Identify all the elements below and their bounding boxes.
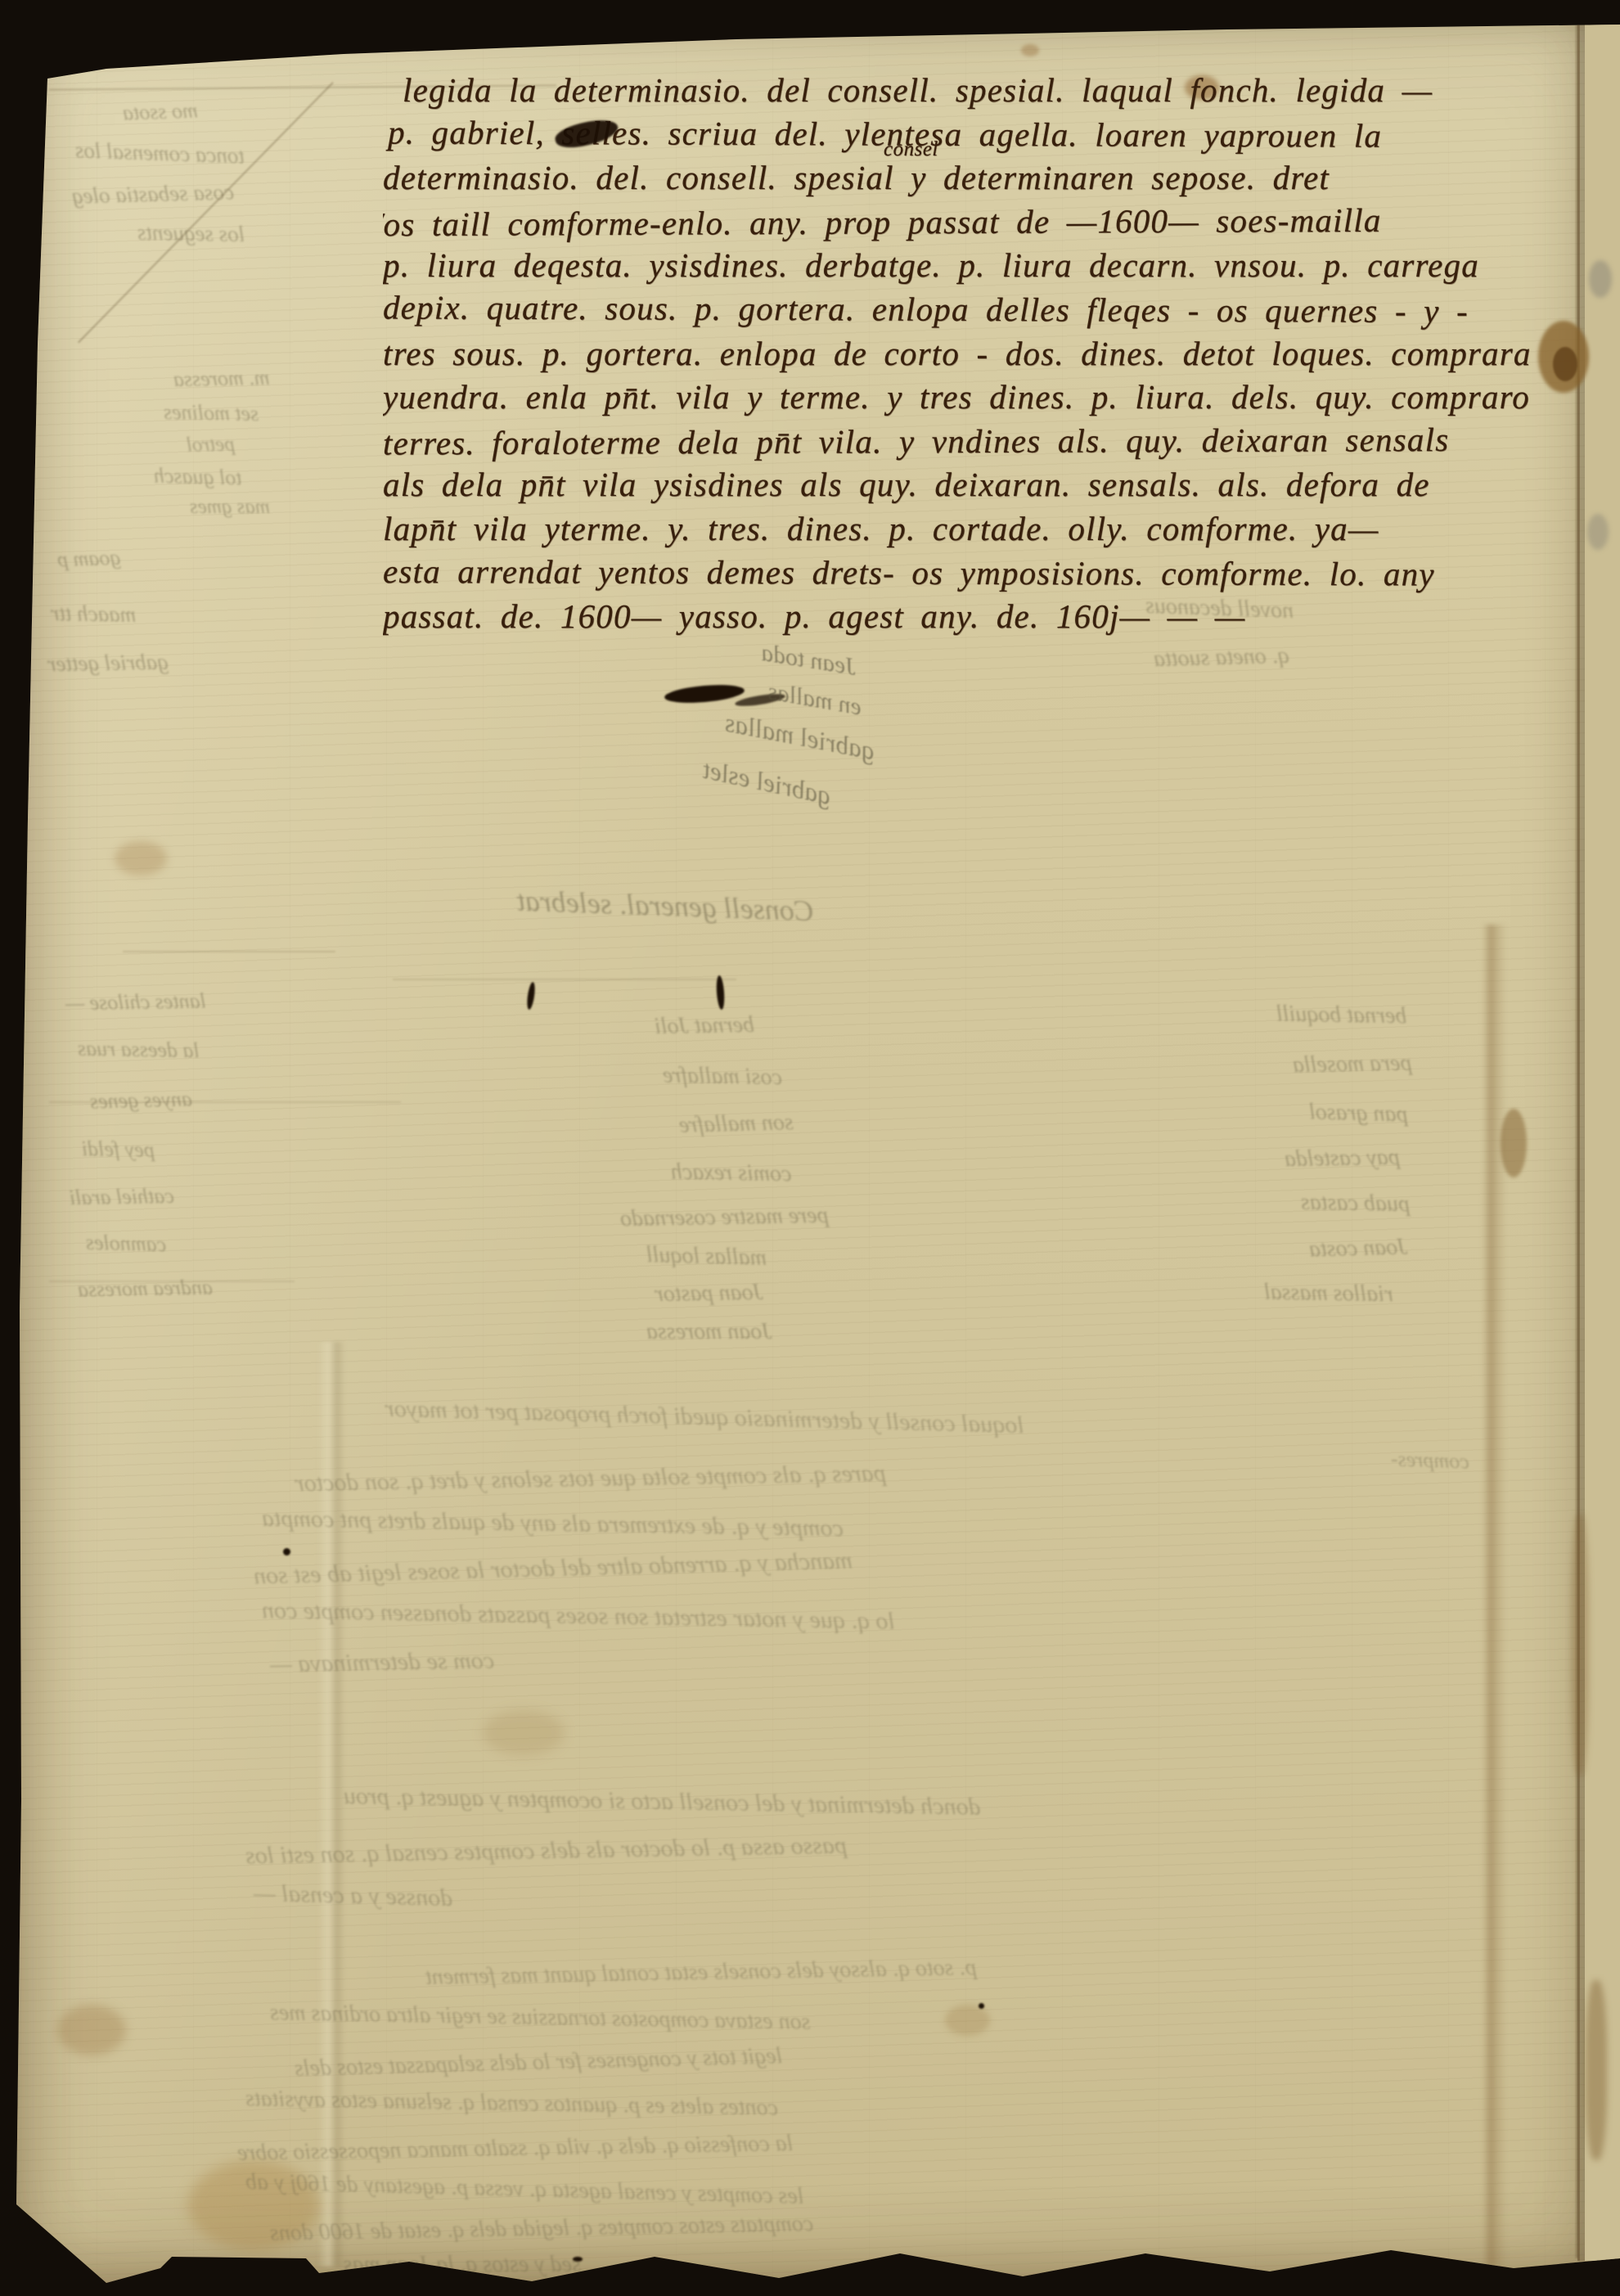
bleedthrough-paragraph: mancha y q. arrendo altre del doctor la … — [254, 1546, 853, 1590]
text-line: esta arrendat yentos demes drets- os ymp… — [383, 550, 1579, 597]
bleedthrough-text: set molines — [164, 400, 259, 426]
bleedthrough-paragraph: son estava compostos tornassius se regir… — [270, 2000, 811, 2036]
bleedthrough-label: compres- — [1391, 1447, 1470, 1474]
bleedthrough-text: tonca comensal los — [75, 137, 245, 169]
text-line-rest: lles. scriua del. ylentesa agella. loare… — [592, 114, 1382, 154]
bleedthrough-paragraph: donch determinat y del consell acto si o… — [344, 1782, 981, 1821]
interlinear-insertion: consel — [884, 128, 938, 172]
bleedthrough-name: anyes genes — [90, 1087, 193, 1114]
stain — [115, 841, 167, 876]
bleedthrough-name: riallos massal — [1264, 1280, 1393, 1308]
bleedthrough-name: comis rexach — [671, 1159, 792, 1188]
bleedthrough-name: Joan pastor — [655, 1280, 764, 1308]
bleedthrough-paragraph: contes alets es p. quantos censal q. sel… — [245, 2086, 778, 2121]
bleedthrough-name: pay castelda — [1285, 1145, 1400, 1173]
text-line: /os taill comforme-enlo. any. prop passa… — [383, 198, 1579, 247]
stain — [1021, 44, 1039, 56]
manuscript-text: legida la determinasio. del consell. spe… — [383, 69, 1579, 639]
bleedthrough-paragraph: sed y estos q. la Joan mas — [344, 2252, 581, 2278]
bleedthrough-text: tol guasch — [154, 464, 242, 491]
bleedthrough-name: camnoles — [86, 1231, 167, 1258]
crossed-out-word: se — [561, 114, 592, 151]
bleedthrough-text: novell decanous — [1145, 593, 1294, 624]
bleedthrough-text: cosa sebastia oleg — [72, 179, 235, 209]
bleedthrough-heading: Consell general. selebrat — [516, 884, 814, 929]
bleedthrough-text: q. oneta suotta — [1154, 643, 1289, 673]
bleedthrough-paragraph: com se determinava — — [270, 1647, 495, 1679]
stain — [483, 1710, 565, 1755]
bleedthrough-name: lantes chilose — — [65, 989, 206, 1016]
fold-crease-diagonal — [78, 82, 334, 343]
bleedthrough-name: pera mosella — [1293, 1051, 1412, 1079]
bleedthrough-name: pey feldi — [82, 1137, 155, 1163]
ink-speck — [283, 1548, 290, 1555]
bleedthrough-name: pere mastre cosernado — [620, 1203, 829, 1232]
bleedthrough-text: los seguents — [137, 220, 245, 247]
ink-smudge — [664, 682, 745, 705]
bleedthrough-paragraph: les comptes y censal agesta q. vessa p. … — [245, 2169, 804, 2210]
bleedthrough-paragraph: pares q. als compte solta que tots selon… — [295, 1460, 886, 1498]
text-line: terres. foraloterme dela pn̄t vila. y vn… — [383, 417, 1579, 466]
text-line: p. liura deqesta. ysisdines. derbatge. p… — [383, 244, 1579, 288]
bleedthrough-text: maach ttr — [51, 601, 137, 628]
text-line: yuendra. enla pn̄t. vila y terme. y tres… — [383, 376, 1579, 420]
stain — [945, 2005, 990, 2036]
text-line-start: p. gabriel, — [388, 113, 562, 151]
text-line: depix. quatre. sous. p. gortera. enlopa … — [383, 286, 1579, 334]
bleedthrough-paragraph: comptats estos comptes q. legida dels q.… — [270, 2211, 814, 2247]
bleedthrough-name: bernat boquill — [1276, 1002, 1407, 1030]
text-line: lapn̄t vila yterme. y. tres. dines. p. c… — [383, 507, 1579, 551]
bleedthrough-paragraph: passo assa p. lo doctor als dels comptes… — [245, 1832, 847, 1871]
bleedthrough-paragraph: donsse y a censal — — [254, 1880, 453, 1912]
bleedthrough-text: petrol — [187, 433, 235, 457]
faint-rule — [123, 951, 335, 952]
bleedthrough-name: Joan costa — [1309, 1234, 1408, 1263]
stain — [1501, 1109, 1527, 1177]
bleedthrough-name: son mallafre — [679, 1110, 794, 1139]
bleedthrough-name: puab castas — [1301, 1190, 1411, 1218]
bleedthrough-name: cosi mallafre — [663, 1063, 782, 1092]
bleedthrough-name: Joan moressa — [646, 1319, 772, 1345]
bleedthrough-name: bernat Joli — [655, 1012, 755, 1040]
right-fold-crease — [1483, 925, 1507, 2267]
ink-speck — [526, 982, 537, 1011]
bleedthrough-name: cathiel arali — [70, 1184, 174, 1210]
bleedthrough-text: m. moressa — [173, 366, 270, 392]
text-line: legida la determinasio. del consell. spe… — [383, 69, 1579, 113]
bleedthrough-text: goam p — [57, 546, 121, 573]
faint-rule — [393, 979, 736, 980]
bleedthrough-name: pan grasol — [1309, 1099, 1408, 1128]
text-line: als dela pn̄t vila ysisdines als quy. de… — [383, 463, 1579, 507]
text-line: determinasio. del. consell. spesial y de… — [383, 156, 1579, 200]
ink-speck — [716, 975, 726, 1011]
ink-speck — [979, 2003, 984, 2009]
bleedthrough-signature: gabriel eslet — [700, 754, 834, 811]
bleedthrough-signature: en mallas — [766, 678, 864, 722]
manuscript-page: 26 legida la determinasio. del consell. … — [0, 0, 1620, 2296]
bleedthrough-paragraph: compte y q. de extremera als any de qual… — [262, 1505, 844, 1542]
bleedthrough-paragraph: loqual consell y determinasio quedi forc… — [385, 1395, 1024, 1439]
text-line: p. gabriel, selles. scriua del. ylentesa… — [383, 110, 1579, 159]
bleedthrough-paragraph: la confessio q. dels q. vila q. ssalto m… — [237, 2131, 794, 2167]
bleedthrough-text: mo ssota — [123, 98, 199, 125]
folio-number: 26 — [57, 36, 89, 69]
bleedthrough-name: mallas loqull — [646, 1242, 767, 1272]
manuscript-photo: 26 legida la determinasio. del consell. … — [0, 0, 1620, 2296]
bleedthrough-paragraph: lo q. que y notar estretat son soses pas… — [262, 1596, 895, 1636]
bleedthrough-paragraph: legit tots y congenses fer lo dels selap… — [295, 2043, 783, 2082]
bleedthrough-paragraph: p. soto q. alssoy dels consels estat con… — [425, 1955, 977, 1991]
bleedthrough-signature: Jean toda — [759, 639, 858, 682]
bleedthrough-text: mas gmes — [190, 496, 270, 519]
bleedthrough-text: gabriel getter — [47, 650, 169, 678]
text-line: tres sous. p. gortera. enlopa de corto -… — [383, 332, 1579, 376]
text-line: passat. de. 1600— yasso. p. agest any. d… — [383, 595, 1579, 639]
bleedthrough-name: la deessa ruas — [78, 1037, 200, 1064]
fore-edge-underleaf — [1577, 23, 1620, 2261]
bleedthrough-name: andrea moressa — [78, 1276, 213, 1303]
stain — [57, 2005, 126, 2055]
